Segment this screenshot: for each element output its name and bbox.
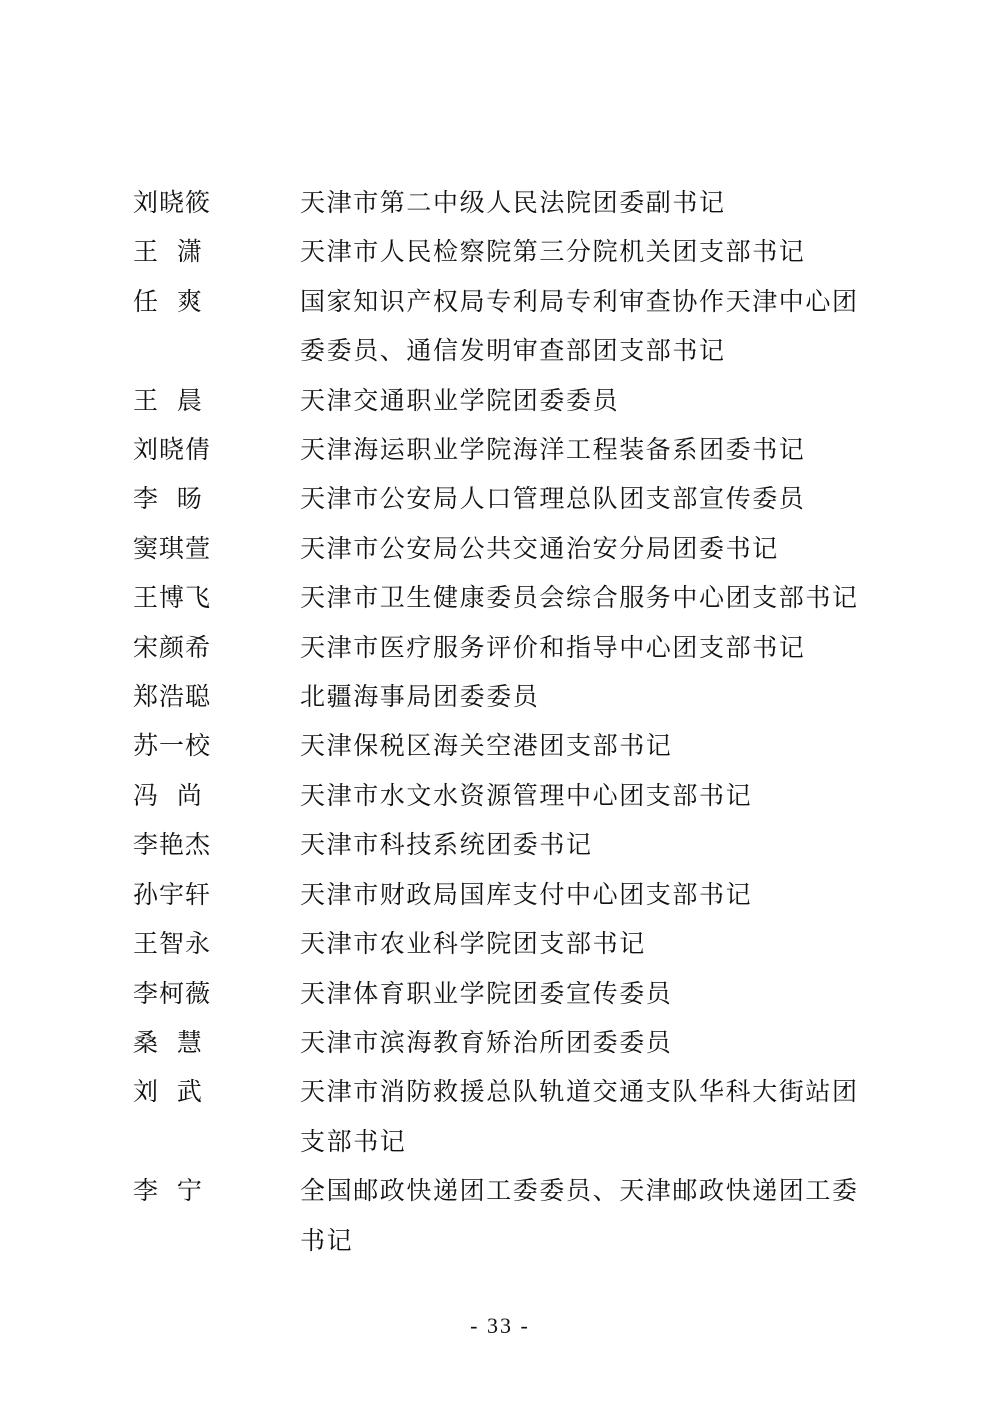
person-title: 全国邮政快递团工委委员、天津邮政快递团工委书记 [300,1166,870,1265]
person-title: 天津市人民检察院第三分院机关团支部书记 [300,227,870,276]
list-item: 李柯薇 天津体育职业学院团委宣传委员 [133,969,873,1018]
person-title: 天津市第二中级人民法院团委副书记 [300,178,870,227]
person-title: 天津市科技系统团委书记 [300,820,870,869]
list-item: 冯 尚 天津市水文水资源管理中心团支部书记 [133,771,873,820]
person-title: 北疆海事局团委委员 [300,672,870,721]
list-item: 王智永 天津市农业科学院团支部书记 [133,919,873,968]
person-title: 天津市水文水资源管理中心团支部书记 [300,771,870,820]
person-title: 天津市滨海教育矫治所团委委员 [300,1018,870,1067]
person-title: 天津市公安局公共交通治安分局团委书记 [300,524,870,573]
person-name: 李 旸 [133,474,300,523]
person-name: 王 潇 [133,227,300,276]
list-item: 孙宇轩 天津市财政局国库支付中心团支部书记 [133,870,873,919]
person-name: 王 晨 [133,376,300,425]
person-name: 冯 尚 [133,771,300,820]
person-title: 天津市消防救援总队轨道交通支队华科大街站团支部书记 [300,1067,870,1166]
list-item: 桑 慧 天津市滨海教育矫治所团委委员 [133,1018,873,1067]
list-item: 李 宁 全国邮政快递团工委委员、天津邮政快递团工委书记 [133,1166,873,1265]
person-name: 桑 慧 [133,1018,300,1067]
list-item: 王博飞 天津市卫生健康委员会综合服务中心团支部书记 [133,573,873,622]
person-title: 天津交通职业学院团委委员 [300,376,870,425]
person-name: 刘 武 [133,1067,300,1116]
person-name: 郑浩聪 [133,672,300,721]
page-number: - 33 - [0,1313,1000,1339]
person-name: 任 爽 [133,277,300,326]
person-title: 天津市财政局国库支付中心团支部书记 [300,870,870,919]
person-name: 李柯薇 [133,969,300,1018]
person-title: 国家知识产权局专利局专利审查协作天津中心团委委员、通信发明审查部团支部书记 [300,277,870,376]
list-item: 李 旸 天津市公安局人口管理总队团支部宣传委员 [133,474,873,523]
person-name: 孙宇轩 [133,870,300,919]
person-name: 宋颜希 [133,623,300,672]
list-item: 宋颜希 天津市医疗服务评价和指导中心团支部书记 [133,623,873,672]
person-name: 王智永 [133,919,300,968]
list-item: 刘晓倩 天津海运职业学院海洋工程装备系团委书记 [133,425,873,474]
person-name: 王博飞 [133,573,300,622]
document-page: 刘晓筱 天津市第二中级人民法院团委副书记 王 潇 天津市人民检察院第三分院机关团… [0,0,1000,1414]
person-name: 苏一校 [133,721,300,770]
person-title: 天津市公安局人口管理总队团支部宣传委员 [300,474,870,523]
person-name: 窦琪萱 [133,524,300,573]
list-item: 任 爽 国家知识产权局专利局专利审查协作天津中心团委委员、通信发明审查部团支部书… [133,277,873,376]
list-item: 王 潇 天津市人民检察院第三分院机关团支部书记 [133,227,873,276]
person-title: 天津市医疗服务评价和指导中心团支部书记 [300,623,870,672]
list-item: 李艳杰 天津市科技系统团委书记 [133,820,873,869]
person-title: 天津海运职业学院海洋工程装备系团委书记 [300,425,870,474]
list-item: 窦琪萱 天津市公安局公共交通治安分局团委书记 [133,524,873,573]
list-item: 刘晓筱 天津市第二中级人民法院团委副书记 [133,178,873,227]
name-list: 刘晓筱 天津市第二中级人民法院团委副书记 王 潇 天津市人民检察院第三分院机关团… [133,178,873,1265]
person-name: 刘晓倩 [133,425,300,474]
person-name: 刘晓筱 [133,178,300,227]
person-name: 李 宁 [133,1166,300,1215]
list-item: 王 晨 天津交通职业学院团委委员 [133,376,873,425]
list-item: 苏一校 天津保税区海关空港团支部书记 [133,721,873,770]
person-title: 天津体育职业学院团委宣传委员 [300,969,870,1018]
person-title: 天津保税区海关空港团支部书记 [300,721,870,770]
person-title: 天津市农业科学院团支部书记 [300,919,870,968]
person-name: 李艳杰 [133,820,300,869]
list-item: 郑浩聪 北疆海事局团委委员 [133,672,873,721]
person-title: 天津市卫生健康委员会综合服务中心团支部书记 [300,573,870,622]
list-item: 刘 武 天津市消防救援总队轨道交通支队华科大街站团支部书记 [133,1067,873,1166]
